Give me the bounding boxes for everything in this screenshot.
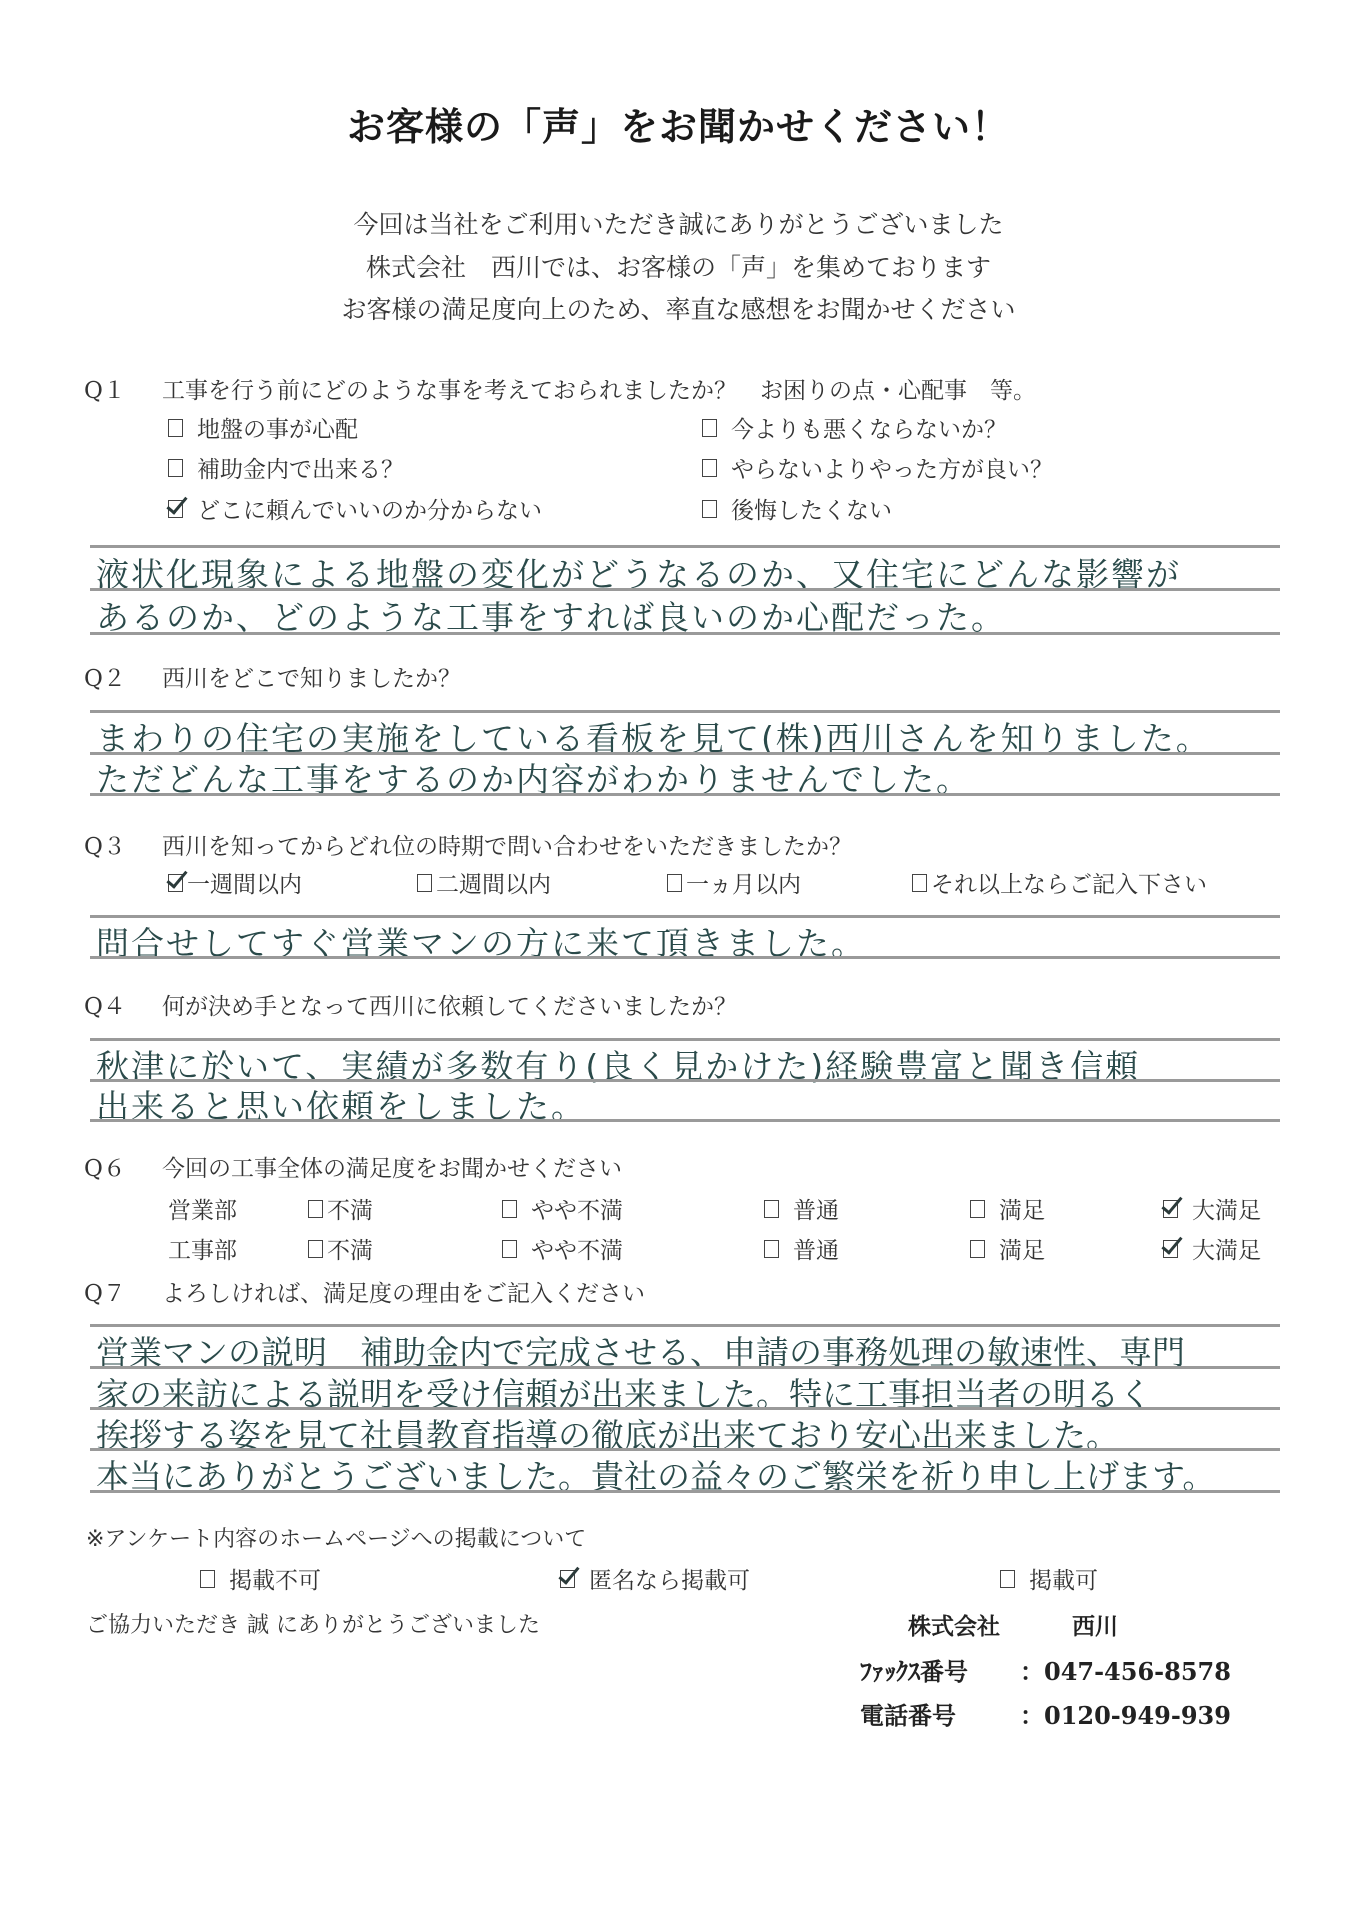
- thanks-text: ご協力いただき 誠 にありがとうございました: [86, 1608, 540, 1639]
- q6-text: 今回の工事全体の満足度をお聞かせください: [162, 1156, 622, 1182]
- rule-line: [90, 1119, 1280, 1122]
- fax-row: ﾌｧｯｸｽ番号：047-456-8578: [860, 1652, 1231, 1687]
- q6-question: Q６今回の工事全体の満足度をお聞かせください: [84, 1150, 622, 1183]
- q1-text: 工事を行う前にどのような事を考えておられましたか？ お困りの点・心配事 等。: [162, 378, 1036, 404]
- q2-text: 西川をどこで知りましたか？: [162, 666, 461, 692]
- publish-option-yes[interactable]: 掲載可: [1000, 1562, 1098, 1595]
- rule-line: [90, 588, 1280, 591]
- rule-line: [90, 545, 1280, 548]
- checkbox-icon[interactable]: [667, 874, 682, 892]
- q1-number: Q１: [84, 372, 162, 405]
- q3-number: Q３: [84, 828, 162, 861]
- checkbox-checked-icon[interactable]: [560, 1570, 575, 1588]
- tel-label: 電話番号: [860, 1696, 1020, 1731]
- q1-option-5[interactable]: どこに頼んでいいのか分からない: [168, 492, 542, 525]
- checkbox-icon[interactable]: [308, 1200, 323, 1218]
- checkbox-icon[interactable]: [1000, 1570, 1015, 1588]
- q1-option-1[interactable]: 地盤の事が心配: [168, 411, 358, 444]
- rule-line: [90, 632, 1280, 635]
- checkbox-icon[interactable]: [308, 1240, 323, 1258]
- checkbox-icon[interactable]: [168, 459, 183, 477]
- q3-option-4[interactable]: それ以上ならご記入下さい: [912, 866, 1207, 899]
- checkbox-icon[interactable]: [502, 1200, 517, 1218]
- publish-heading: ※アンケート内容のホームページへの掲載について: [86, 1522, 586, 1553]
- q4-text: 何が決め手となって西川に依頼してくださいましたか？: [162, 994, 737, 1020]
- intro-line-1: 今回は当社をご利用いただき誠にありがとうございました: [0, 205, 1357, 241]
- q6-row-construction-label: 工事部: [168, 1232, 237, 1265]
- q6-sales-option-3[interactable]: 普通: [764, 1192, 839, 1225]
- fax-label: ﾌｧｯｸｽ番号: [860, 1652, 1020, 1687]
- q6-construction-option-4[interactable]: 満足: [970, 1232, 1045, 1265]
- publish-option-anonymous[interactable]: 匿名なら掲載可: [560, 1562, 750, 1595]
- checkbox-icon[interactable]: [702, 419, 717, 437]
- publish-option-no[interactable]: 掲載不可: [200, 1562, 321, 1595]
- page-title: お客様の「声」をお聞かせください！: [0, 96, 1357, 151]
- checkbox-icon[interactable]: [970, 1200, 985, 1218]
- q1-option-6[interactable]: 後悔したくない: [702, 492, 892, 525]
- q4-question: Q４何が決め手となって西川に依頼してくださいましたか？: [84, 988, 737, 1021]
- checkbox-checked-icon[interactable]: [168, 500, 183, 518]
- checkbox-icon[interactable]: [702, 459, 717, 477]
- q6-row-sales-label: 営業部: [168, 1192, 237, 1225]
- company-prefix: 株式会社: [908, 1608, 1000, 1641]
- fax-number: ：047-456-8578: [1020, 1657, 1231, 1686]
- q3-option-2[interactable]: 二週間以内: [417, 866, 551, 899]
- checkbox-icon[interactable]: [764, 1240, 779, 1258]
- q6-number: Q６: [84, 1150, 162, 1183]
- q3-option-3[interactable]: 一ヵ月以内: [667, 866, 801, 899]
- q6-sales-option-2[interactable]: やや不満: [502, 1192, 623, 1225]
- rule-line: [90, 956, 1280, 959]
- q6-construction-option-5[interactable]: 大満足: [1163, 1232, 1261, 1265]
- checkbox-icon[interactable]: [502, 1240, 517, 1258]
- q3-text: 西川を知ってからどれ位の時期で問い合わせをいただきましたか？: [162, 834, 852, 860]
- q3-option-1[interactable]: 一週間以内: [168, 866, 302, 899]
- q6-construction-option-1[interactable]: 不満: [308, 1232, 373, 1265]
- intro-line-3: お客様の満足度向上のため、率直な感想をお聞かせください: [0, 290, 1357, 326]
- q6-construction-option-2[interactable]: やや不満: [502, 1232, 623, 1265]
- q7-question: Q７よろしければ、満足度の理由をご記入ください: [84, 1275, 645, 1308]
- q1-option-3[interactable]: 補助金内で出来る？: [168, 451, 404, 484]
- checkbox-icon[interactable]: [912, 874, 927, 892]
- q6-sales-option-5[interactable]: 大満足: [1163, 1192, 1261, 1225]
- checkbox-icon[interactable]: [970, 1240, 985, 1258]
- checkbox-icon[interactable]: [764, 1200, 779, 1218]
- tel-number: ：0120-949-939: [1020, 1701, 1231, 1730]
- tel-row: 電話番号：0120-949-939: [860, 1696, 1231, 1731]
- q7-text: よろしければ、満足度の理由をご記入ください: [162, 1281, 645, 1307]
- q1-question: Q１工事を行う前にどのような事を考えておられましたか？ お困りの点・心配事 等。: [84, 372, 1036, 405]
- q4-number: Q４: [84, 988, 162, 1021]
- q6-sales-option-1[interactable]: 不満: [308, 1192, 373, 1225]
- q6-construction-option-3[interactable]: 普通: [764, 1232, 839, 1265]
- checkbox-checked-icon[interactable]: [1163, 1240, 1178, 1258]
- checkbox-checked-icon[interactable]: [1163, 1200, 1178, 1218]
- q1-option-4[interactable]: やらないよりやった方が良い？: [702, 451, 1053, 484]
- q1-option-2[interactable]: 今よりも悪くならないか？: [702, 411, 1007, 444]
- checkbox-icon[interactable]: [168, 419, 183, 437]
- q7-number: Q７: [84, 1275, 162, 1308]
- company-name: 西川: [1072, 1608, 1118, 1641]
- rule-line: [90, 1490, 1280, 1493]
- checkbox-checked-icon[interactable]: [168, 874, 183, 892]
- q2-question: Q２西川をどこで知りましたか？: [84, 660, 461, 693]
- checkbox-icon[interactable]: [417, 874, 432, 892]
- q3-question: Q３西川を知ってからどれ位の時期で問い合わせをいただきましたか？: [84, 828, 852, 861]
- q6-sales-option-4[interactable]: 満足: [970, 1192, 1045, 1225]
- intro-line-2: 株式会社 西川では、お客様の「声」を集めております: [0, 248, 1357, 284]
- checkbox-icon[interactable]: [702, 500, 717, 518]
- checkbox-icon[interactable]: [200, 1570, 215, 1588]
- q2-number: Q２: [84, 660, 162, 693]
- rule-line: [90, 793, 1280, 796]
